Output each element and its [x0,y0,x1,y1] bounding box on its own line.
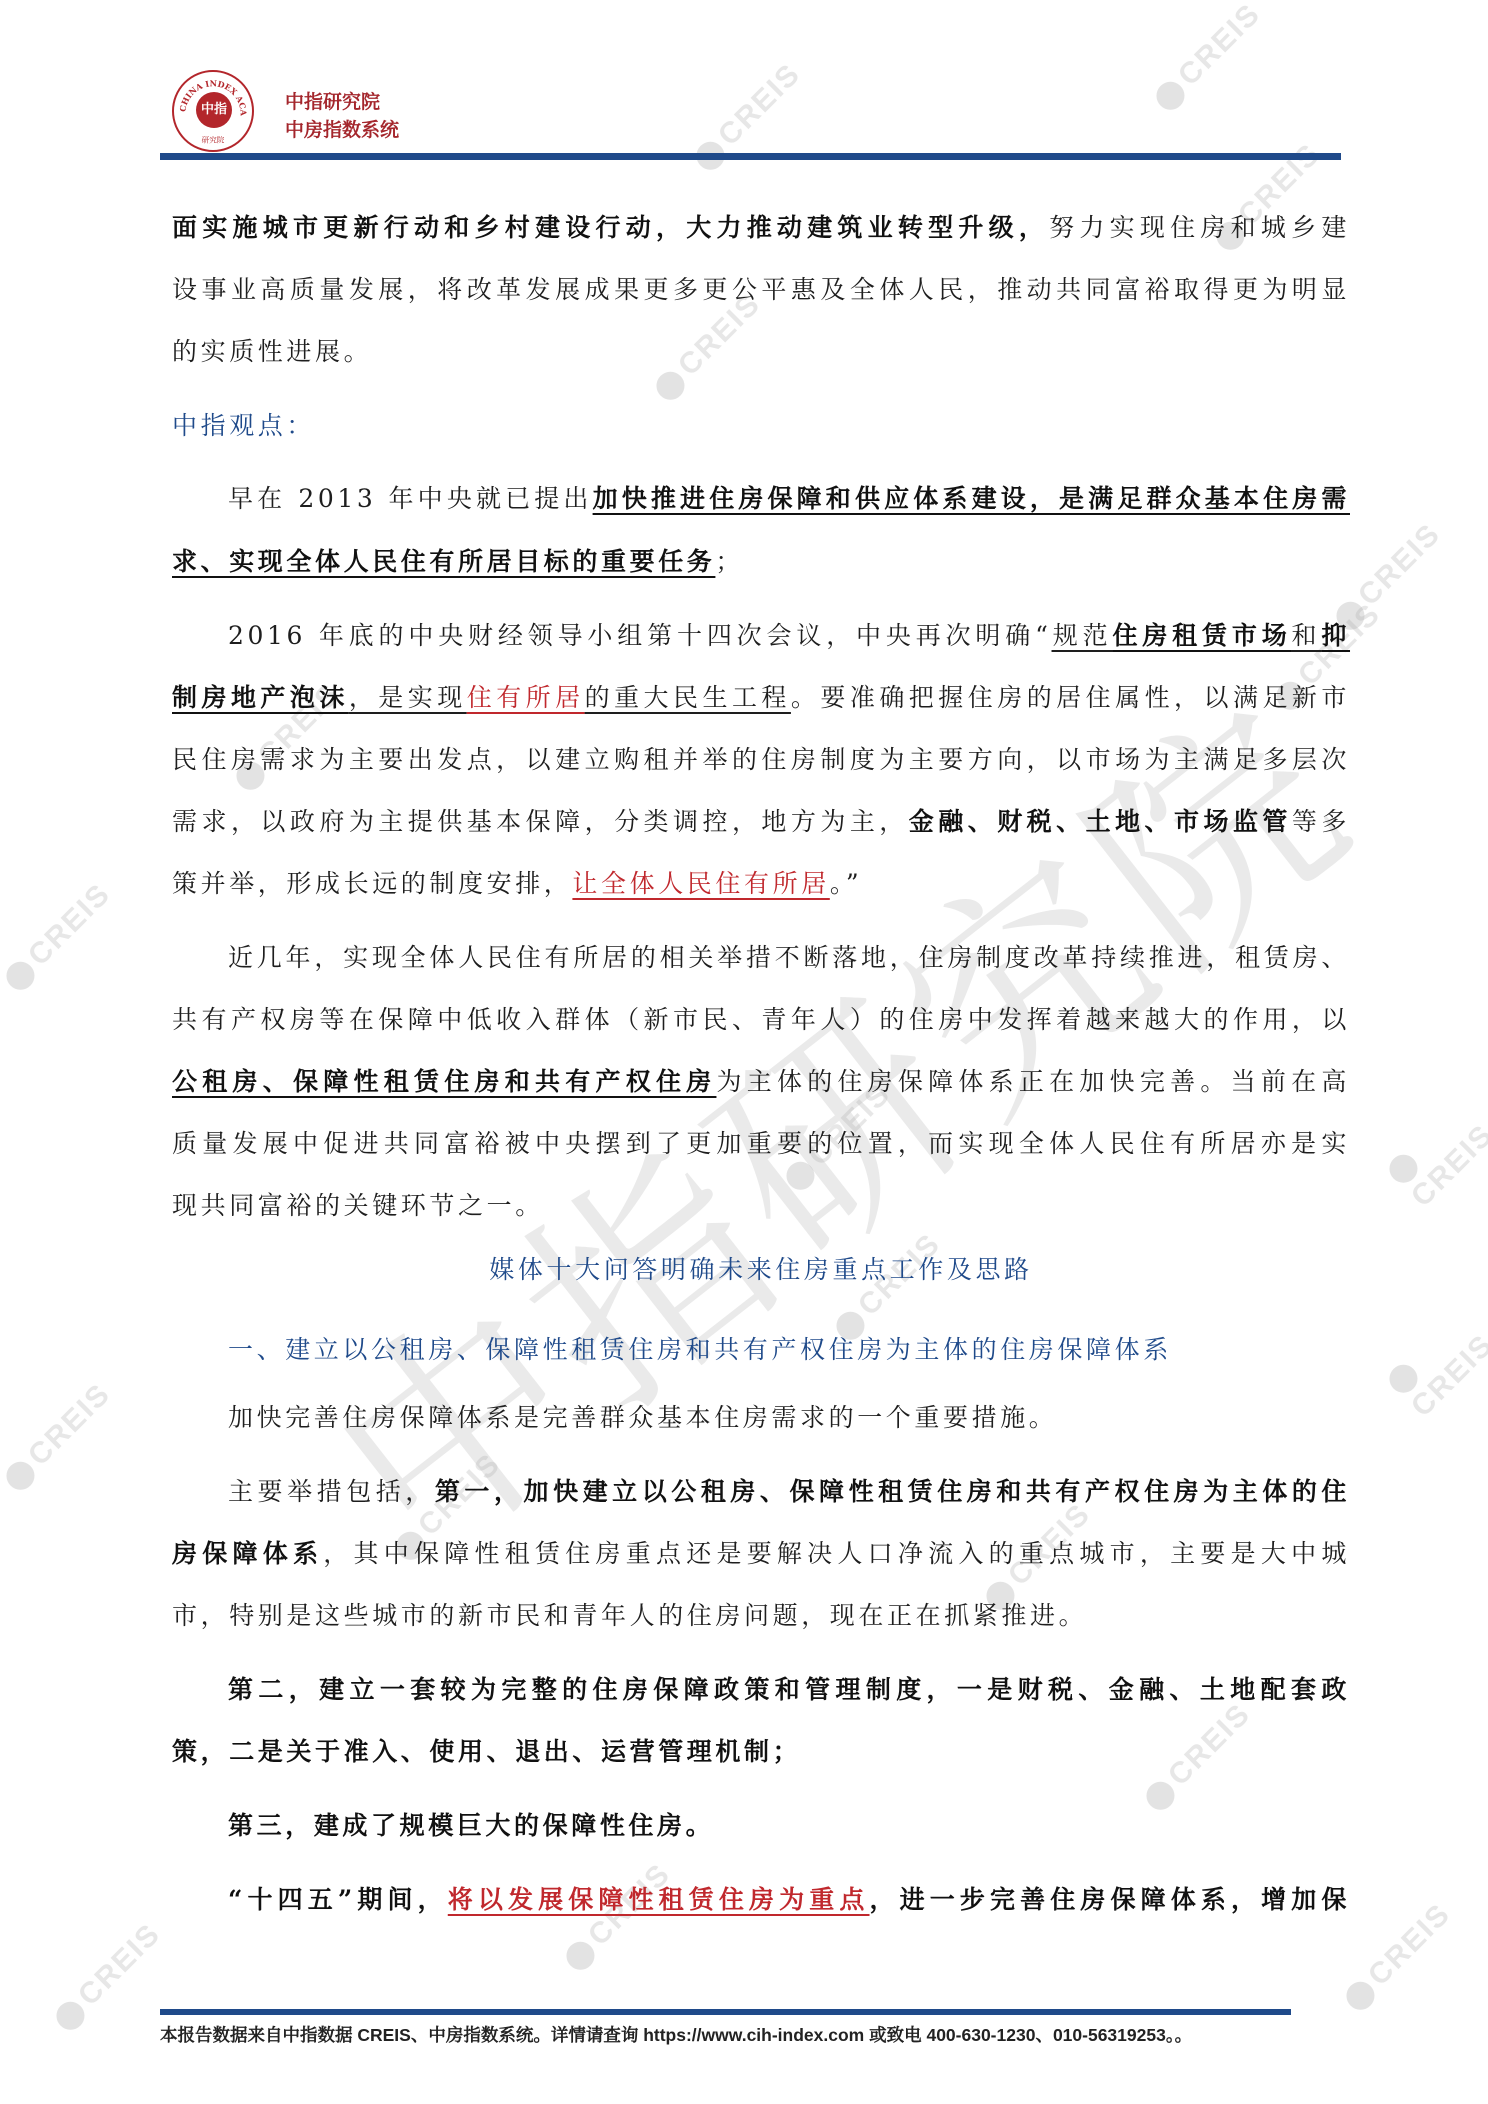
text: 主要举措包括， [228,1477,435,1506]
bold-text: 房保障体系 [172,1539,323,1568]
bold-text: 第一，加快建立以公租房、保障性租赁住房和共有产权住房为主体的住 [435,1477,1350,1506]
paragraph-recent-line-1: 近几年，实现全体人民住有所居的相关举措不断落地，住房制度改革持续推进，租赁房、 [228,942,1350,974]
text: 策并举，形成长远的制度安排， [172,869,572,898]
watermark-creis: CREIS [1328,517,1448,637]
watermark-creis: CREIS [1381,1304,1488,1424]
bold-text: 建立一套较为完整的住房保障政策和管理制度，一是财税、金融、土地配套政 [319,1675,1350,1704]
watermark-creis: CREIS [0,1377,118,1497]
section-label-viewpoint: 中指观点： [172,410,315,442]
underlined-text: 的重大民生工程 [585,683,791,712]
paragraph-recent-line-5: 现共同富裕的关键环节之一。 [172,1190,544,1222]
watermark-creis: CREIS [1338,1897,1458,2017]
watermark-creis: CREIS [1138,1697,1258,1817]
footer-source-note: 本报告数据来自中指数据 CREIS、中房指数系统。详情请查询 https://w… [160,2022,1192,2047]
heading-section-one: 一、建立以公租房、保障性租赁住房和共有产权住房为主体的住房保障体系 [228,1334,1350,1366]
watermark-creis: CREIS [828,1227,948,1347]
text: ，进一步完善住房保障体系，增加保 [870,1885,1350,1914]
underlined-red-text: 让全体人民住有所居 [572,869,829,898]
underlined-text: 求、实现全体人民住有所居目标的重要任务 [172,547,715,576]
underlined-text: 和 [1292,621,1322,650]
text: 早在 2013 年中央就已提出 [228,484,593,513]
bold-text: 第三， [228,1811,314,1840]
paragraph-2013-line-2: 求、实现全体人民住有所居目标的重要任务； [172,546,744,578]
paragraph-first-line-1: 主要举措包括，第一，加快建立以公租房、保障性租赁住房和共有产权住房为主体的住 [228,1476,1350,1508]
text: ； [715,547,744,576]
underlined-bold-text: 制房地产泡沫 [172,683,349,712]
paragraph-intro-line-2: 设事业高质量发展，将改革发展成果更多更公平惠及全体人民，推动共同富裕取得更为明显 [172,274,1350,306]
text: ，其中保障性租赁住房重点还是要解决人口净流入的重点城市，主要是大中城 [323,1539,1350,1568]
paragraph-2016-line-2: 制房地产泡沫，是实现住有所居的重大民生工程。要准确把握住房的居住属性，以满足新市 [172,682,1350,714]
paragraph-2013-line-1: 早在 2013 年中央就已提出加快推进住房保障和供应体系建设，是满足群众基本住房… [228,483,1350,515]
brand-line-system: 中房指数系统 [285,116,399,144]
text: 为主体的住房保障体系正在加快完善。当前在高 [716,1067,1350,1096]
paragraph-second-line-1: 第二，建立一套较为完整的住房保障政策和管理制度，一是财税、金融、土地配套政 [228,1674,1350,1706]
paragraph-2016-line-5: 策并举，形成长远的制度安排，让全体人民住有所居。” [172,868,862,900]
watermark-creis: CREIS [0,877,118,997]
paragraph-intro-line-3: 的实质性进展。 [172,336,372,368]
underlined-bold-text: 抑 [1321,621,1350,650]
header-divider [160,153,1341,160]
china-index-academy-logo: CHINA INDEX ACADEMY 研究院 中指 [172,70,254,152]
underlined-text: 加快推进住房保障和供应体系建设，是满足群众基本住房需 [593,484,1350,513]
bold-text: 建成了规模巨大的保障性住房。 [314,1811,714,1840]
paragraph-recent-line-2: 共有产权房等在保障中低收入群体（新市民、青年人）的住房中发挥着越来越大的作用，以 [172,1004,1350,1036]
watermark-creis: CREIS [558,1857,678,1977]
text: 努力实现住房和城乡建 [1049,213,1350,242]
document-page: 中指研究院 CREIS CREIS CREIS CREIS CREIS CREI… [0,0,1488,2104]
page-header: CHINA INDEX ACADEMY 研究院 中指 中指研究院 中房指数系统 [160,60,1340,160]
paragraph-intro-line-1: 面实施城市更新行动和乡村建设行动，大力推动建筑业转型升级，努力实现住房和城乡建 [172,212,1350,244]
paragraph-first-line-3: 市，特别是这些城市的新市民和青年人的住房问题，现在正在抓紧推进。 [172,1600,1087,1632]
paragraph-fourteenth-five-year: “十四五”期间，将以发展保障性租赁住房为重点，进一步完善住房保障体系，增加保 [228,1884,1350,1916]
brand-name: 中指研究院 中房指数系统 [285,88,399,144]
paragraph-recent-line-4: 质量发展中促进共同富裕被中央摆到了更加重要的位置，而实现全体人民住有所居亦是实 [172,1128,1350,1160]
underlined-red-text: 将以发展保障性租赁住房为重点 [448,1885,870,1914]
text: “十四五”期间， [228,1885,448,1914]
logo-core: 中指 [196,92,232,128]
underlined-text: 规范 [1052,621,1113,650]
paragraph-2016-line-1: 2016 年底的中央财经领导小组第十四次会议，中央再次明确“规范住房租赁市场和抑 [228,620,1350,652]
paragraph-2016-line-3: 民住房需求为主要出发点，以建立购租并举的住房制度为主要方向，以市场为主满足多层次 [172,744,1350,776]
bold-text: 第二， [228,1675,319,1704]
paragraph-second-line-2: 策，二是关于准入、使用、退出、运营管理机制； [172,1736,801,1768]
underlined-bold-text: 住房租赁市场 [1112,621,1291,650]
bold-text: 面实施城市更新行动和乡村建设行动，大力推动建筑业转型升级， [172,213,1049,242]
underlined-red-text: 住有所居 [467,683,585,712]
heading-main: 媒体十大问答明确未来住房重点工作及思路 [172,1254,1350,1286]
watermark-creis: CREIS [48,1917,168,2037]
text: 2016 年底的中央财经领导小组第十四次会议，中央再次明确“ [228,621,1052,650]
svg-text:研究院: 研究院 [202,134,225,144]
paragraph-measure: 加快完善住房保障体系是完善群众基本住房需求的一个重要措施。 [228,1402,1057,1434]
footer-divider [160,2009,1291,2015]
paragraph-2016-line-4: 需求，以政府为主提供基本保障，分类调控，地方为主，金融、财税、土地、市场监管等多 [172,806,1350,838]
paragraph-third: 第三，建成了规模巨大的保障性住房。 [228,1810,714,1842]
text: 需求，以政府为主提供基本保障，分类调控，地方为主， [172,807,909,836]
text: 。” [830,869,862,898]
paragraph-recent-line-3: 公租房、保障性租赁住房和共有产权住房为主体的住房保障体系正在加快完善。当前在高 [172,1066,1350,1098]
text: 等多 [1292,807,1350,836]
text: 。要准确把握住房的居住属性，以满足新市 [791,683,1350,712]
brand-line-institute: 中指研究院 [285,88,399,116]
bold-text: 金融、财税、土地、市场监管 [909,807,1292,836]
paragraph-first-line-2: 房保障体系，其中保障性租赁住房重点还是要解决人口净流入的重点城市，主要是大中城 [172,1538,1350,1570]
watermark-creis: CREIS [1381,1094,1488,1214]
underlined-bold-text: 公租房、保障性租赁住房和共有产权住房 [172,1067,716,1096]
underlined-text: ，是实现 [349,683,467,712]
